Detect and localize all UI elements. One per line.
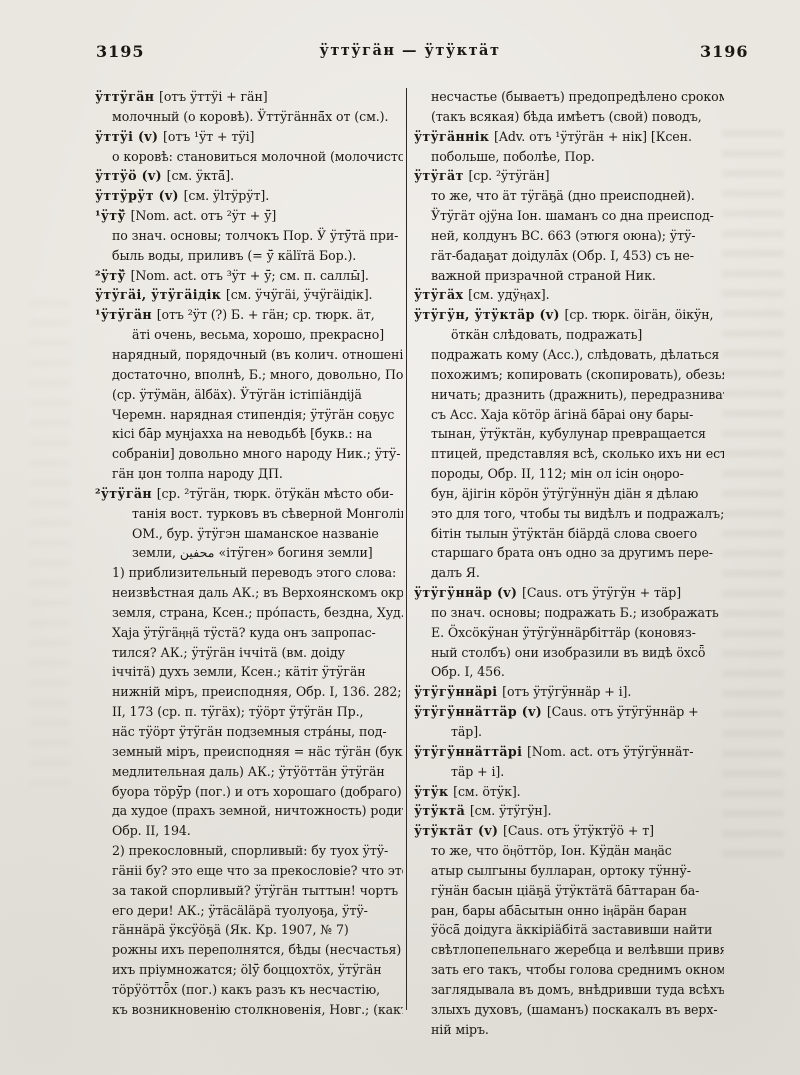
- text-line: кici бāр мунjахха на неводьбѣ [букв.: на: [95, 424, 403, 444]
- text-line: неизвѣстная даль АК.; въ Верхоянскомъ ок…: [95, 583, 403, 603]
- text-line: ӱтӱгӱннӓттӓр (v) [Caus. отъ ӱтӱгӱннӓр +: [414, 702, 724, 722]
- text-line: iччiтӓ) духъ земли, Ксен.; кӓтiт ӱтӱгӓн: [95, 662, 403, 682]
- text-line: ӱтӱгӓх [см. удӱӊах].: [414, 285, 724, 305]
- text-line: къ возникновенiю столкновенiя, Новг.; (к…: [95, 1000, 403, 1020]
- text-line: ӱттӱгӓн [отъ ӱттӱi + гӓн]: [95, 87, 403, 107]
- text-line: ӓтi очень, весьма, хорошо, прекрасно]: [95, 325, 403, 345]
- headword: ¹ӱтӱ̄: [95, 208, 131, 223]
- text-line: (ср. ӱтӱмӓн, ӓlбӓх). Ӱтӱгӓн iстiпiӓндijӓ: [95, 385, 403, 405]
- text-line: подражать кому (Асс.), слѣдовать, дѣлать…: [414, 345, 724, 365]
- headword: ӱтӱгӱн, ӱтӱктӓр (v): [414, 307, 565, 322]
- headword: ӱтӱгäi, ӱтӱгäiдiк: [95, 287, 226, 302]
- text-line: ӱтӱгӱннӓрi [отъ ӱтӱгӱннӓр + i].: [414, 682, 724, 702]
- text-line: ӱтӱгӱннӓр (v) [Caus. отъ ӱтӱгӱн + тӓр]: [414, 583, 724, 603]
- headword: ӱттӱрӱт (v): [95, 188, 184, 203]
- text-line: старшаго брата онъ одно за другимъ пере-: [414, 543, 724, 563]
- text-line: ничать; дразнить (дражнить), передразнив…: [414, 385, 724, 405]
- text-line: гӓннӓрӓ ӱксӱöҕӓ (Як. Кр. 1907, № 7): [95, 920, 403, 940]
- headword: ӱттӱгӓн: [95, 89, 159, 104]
- text-line: тился? АК.; ӱтӱгӓн iччiтӓ (вм. доiду: [95, 643, 403, 663]
- text-line: бiтiн тылын ӱтӱктӓн бiӓрдӓ слова своего: [414, 524, 724, 544]
- text-line: ӱттӱi (v) [отъ ¹ӱт + тӱi]: [95, 127, 403, 147]
- headword: ӱтӱгӓннiк: [414, 129, 494, 144]
- text-line: тынан, ӱтӱктӓн, кубулунар превращается: [414, 424, 724, 444]
- text-line: ²ӱтӱ̄ [Nom. act. отъ ³ӱт + ӱ̄; см. п. са…: [95, 266, 403, 286]
- headword: ӱттӱö (v): [95, 168, 167, 183]
- text-line: öткӓн слѣдовать, подражать]: [414, 325, 724, 345]
- text-line: (такъ всякая) бѣда имѣетъ (свой) поводъ,: [414, 107, 724, 127]
- headword: ²ӱтӱгӓн: [95, 486, 157, 501]
- headword: ӱтӱгӱннӓр (v): [414, 585, 522, 600]
- text-line: медлительная даль) АК.; ӱтӱöттӓн ӱтӱгӓн: [95, 762, 403, 782]
- text-line: нӓс тӱöрт ӱтӱгӓн подземныя стра́ны, под-: [95, 722, 403, 742]
- text-line: тӓр + i].: [414, 762, 724, 782]
- text-line: за такой спорливый? ӱтӱгӓн тыттын! чортъ: [95, 881, 403, 901]
- text-line: Ӱтӱгӓт оjӱна Iон. шаманъ со дна преиспод…: [414, 206, 724, 226]
- text-line: ¹ӱтӱ̄ [Nom. act. отъ ²ӱт + ӱ̄]: [95, 206, 403, 226]
- text-line: Хаjа ӱтӱгӓӊӊӓ тӱстӓ? куда онъ запропас-: [95, 623, 403, 643]
- text-line: злыхъ духовъ, (шаманъ) поскакалъ въ верх…: [414, 1000, 724, 1020]
- text-line: земля, страна, Ксен.; про́пасть, бездна,…: [95, 603, 403, 623]
- text-line: бун, ӓjiгiн кöрöн ӱтӱгӱннӱн дiӓн я дѣлаю: [414, 484, 724, 504]
- headword: ӱтӱктӓ: [414, 803, 470, 818]
- headword: ӱттӱi (v): [95, 129, 163, 144]
- headword: ¹ӱтӱгӓн: [95, 307, 157, 322]
- text-line: съ Асс. Хаjа кöтöр ӓгiнӓ бāраi ону бары-: [414, 405, 724, 425]
- text-line: ран, бары абāсытын онно iӊӓрӓн баран: [414, 901, 724, 921]
- text-line: быль воды, приливъ (= ӱ̄ кälïтӓ Бор.).: [95, 246, 403, 266]
- text-line: ӱтӱгӱннӓттӓрi [Nom. act. отъ ӱтӱгӱннӓт-: [414, 742, 724, 762]
- headword: ²ӱтӱ̄: [95, 268, 131, 283]
- text-line: важной призрачной страной Ник.: [414, 266, 724, 286]
- headword: ӱтӱгӓх: [414, 287, 468, 302]
- text-line: зать его такъ, чтобы голова среднимъ окн…: [414, 960, 724, 980]
- text-line: II, 173 (ср. п. тӱгӓх); тӱöрт ӱтӱгӓн Пр.…: [95, 702, 403, 722]
- page-number-right: 3196: [700, 42, 749, 61]
- headword: ӱтӱктӓт (v): [414, 823, 503, 838]
- text-line: атыр сылгыны булларан, ортоку тӱннӱ-: [414, 861, 724, 881]
- text-line: побольше, поболѣе, Пор.: [414, 147, 724, 167]
- text-line: тӓр].: [414, 722, 724, 742]
- text-line: свѣтлопепельнаго жеребца и велѣвши привя…: [414, 940, 724, 960]
- text-line: ӱттӱрӱт (v) [см. ӱlтӱрӱт].: [95, 186, 403, 206]
- text-line: его дери! АК.; ӱтäсӓlӓрӓ туолуоҕа, ӱтӱ-: [95, 901, 403, 921]
- text-line: породы, Обр. II, 112; мiн ол iciн оӊоро-: [414, 464, 724, 484]
- text-line: ²ӱтӱгӓн [ср. ²тӱгӓн, тюрк. öтӱкӓн мѣсто …: [95, 484, 403, 504]
- text-line: ӱтӱгӓт [ср. ²ӱтӱгӓн]: [414, 166, 724, 186]
- page-number-left: 3195: [96, 42, 145, 61]
- headword: ӱтӱгӱннӓрi: [414, 684, 502, 699]
- text-line: ӱтӱгӓннiк [Adv. отъ ¹ӱтӱгӓн + нiк] [Ксен…: [414, 127, 724, 147]
- text-line: птицей, представляя всѣ, сколько ихъ ни …: [414, 444, 724, 464]
- text-line: Обр. II, 194.: [95, 821, 403, 841]
- text-line: ный столбъ) они изобразили въ видѣ öхсȫ: [414, 643, 724, 663]
- running-head: ӱттӱгӓн — ӱтӱктӓт: [250, 42, 570, 59]
- text-line: несчастье (бываетъ) предопредѣлено сроко…: [414, 87, 724, 107]
- text-line: Обр. I, 456.: [414, 662, 724, 682]
- text-line: ихъ прiумножатся; ölӱ̄ боццохтöх, ӱтӱгӓн: [95, 960, 403, 980]
- text-line: ӱтӱгӱн, ӱтӱктӓр (v) [ср. тюрк. öiгӓн, öi…: [414, 305, 724, 325]
- text-line: тöрӱöттȫх (пог.) какъ разъ къ несчастiю,: [95, 980, 403, 1000]
- text-line: ӱтӱктӓт (v) [Caus. отъ ӱтӱктӱö + т]: [414, 821, 724, 841]
- text-line: ӱттӱö (v) [см. ӱктӓ̄].: [95, 166, 403, 186]
- text-line: Черемн. нарядная стипендiя; ӱтӱгӓн соҕус: [95, 405, 403, 425]
- text-line: ӱöсӓ̄ доiдуга ӓккiрiӓбiтӓ заставивши най…: [414, 920, 724, 940]
- text-line: да худое (прахъ земной, ничтожность) род…: [95, 801, 403, 821]
- text-line: 1) приблизительный переводъ этого слова:: [95, 563, 403, 583]
- text-line: гӱнӓн басын цiӓҕӓ ӱтӱктӓтӓ бāттаран ба-: [414, 881, 724, 901]
- text-line: ӱтӱктӓ [см. ӱтӱгӱн].: [414, 801, 724, 821]
- text-line: заглядывала въ домъ, внѣдривши туда всѣх…: [414, 980, 724, 1000]
- text-line: Е. Öхсöкӱнан ӱтӱгӱннӓрбiттӓр (коновяз-: [414, 623, 724, 643]
- text-line: буора тöрӱ̄р (пог.) и отъ хорошаго (добр…: [95, 782, 403, 802]
- headword: ӱтӱк: [414, 784, 453, 799]
- headword: ӱтӱгӱннӓттӓрi: [414, 744, 527, 759]
- text-line: танiя вост. турковъ въ сѣверной Монголiи: [95, 504, 403, 524]
- text-line: далъ Я.: [414, 563, 724, 583]
- text-line: это для того, чтобы ты видѣлъ и подражал…: [414, 504, 724, 524]
- headword: ӱтӱгӓт: [414, 168, 468, 183]
- text-line: по знач. основы; подражать Б.; изображат…: [414, 603, 724, 623]
- headword: ӱтӱгӱннӓттӓр (v): [414, 704, 547, 719]
- text-line: земли, محفين «iтӱген» богиня земли]: [95, 543, 403, 563]
- scanned-page-sheet: 3195 ӱттӱгӓн — ӱтӱктӓт 3196 ӱттӱгӓн [отъ…: [0, 0, 800, 1075]
- text-line: то же, что ӓт тӱгӓҕӓ (дно преисподней).: [414, 186, 724, 206]
- text-line: ОМ., бур. ӱтӱгэн шаманское названiе: [95, 524, 403, 544]
- text-line: то же, что öӊöттöр, Iон. Кӱдӓн маӊӓс: [414, 841, 724, 861]
- text-line: по знач. основы; толчокъ Пор. Ӱ ӱтӱ̄тӓ п…: [95, 226, 403, 246]
- text-line: нижнiй мiръ, преисподняя, Обр. I, 136. 2…: [95, 682, 403, 702]
- text-line: гӓн џон толпа народу ДП.: [95, 464, 403, 484]
- text-line: земный мiръ, преисподняя = нӓс тӱгӓн (бу…: [95, 742, 403, 762]
- text-line: ӱтӱк [см. öтӱк].: [414, 782, 724, 802]
- text-line: молочный (о коровѣ). Ӱттӱгӓннӓ̄х от (см.…: [95, 107, 403, 127]
- column-divider-rule: [406, 88, 407, 1010]
- text-line: похожимъ; копировать (скопировать), обез…: [414, 365, 724, 385]
- text-line: рожны ихъ переполнятся, бѣды (несчастья): [95, 940, 403, 960]
- page-header: 3195 ӱттӱгӓн — ӱтӱктӓт 3196: [0, 42, 800, 66]
- right-text-column: несчастье (бываетъ) предопредѣлено сроко…: [414, 87, 724, 1040]
- text-line: гӓт-бадаҕат доiдулāх (Обр. I, 453) съ не…: [414, 246, 724, 266]
- showthrough-artifact-right: [722, 130, 784, 870]
- text-line: ¹ӱтӱгӓн [отъ ²ӱт (?) Б. + гӓн; ср. тюрк.…: [95, 305, 403, 325]
- text-line: 2) прекословный, спорливый: бу туох ӱтӱ-: [95, 841, 403, 861]
- text-line: собранiи] довольно много народу Ник.; ӱт…: [95, 444, 403, 464]
- text-line: о коровѣ: становиться молочной (молочист…: [95, 147, 403, 167]
- left-text-column: ӱттӱгӓн [отъ ӱттӱi + гӓн]молочный (о кор…: [95, 87, 403, 1020]
- text-line: нiй мiръ.: [414, 1020, 724, 1040]
- text-line: гӓнii бу? это еще что за прекословiе? чт…: [95, 861, 403, 881]
- showthrough-artifact-left: [30, 300, 70, 800]
- text-line: ӱтӱгäi, ӱтӱгäiдiк [см. ӱчӱгäi, ӱчӱгäiдiк…: [95, 285, 403, 305]
- text-line: ней, колдунъ ВС. 663 (этюгя оюна); ӱтӱ-: [414, 226, 724, 246]
- text-line: нарядный, порядочный (въ колич. отношенi…: [95, 345, 403, 365]
- text-line: достаточно, вполнѣ, Б.; много, довольно,…: [95, 365, 403, 385]
